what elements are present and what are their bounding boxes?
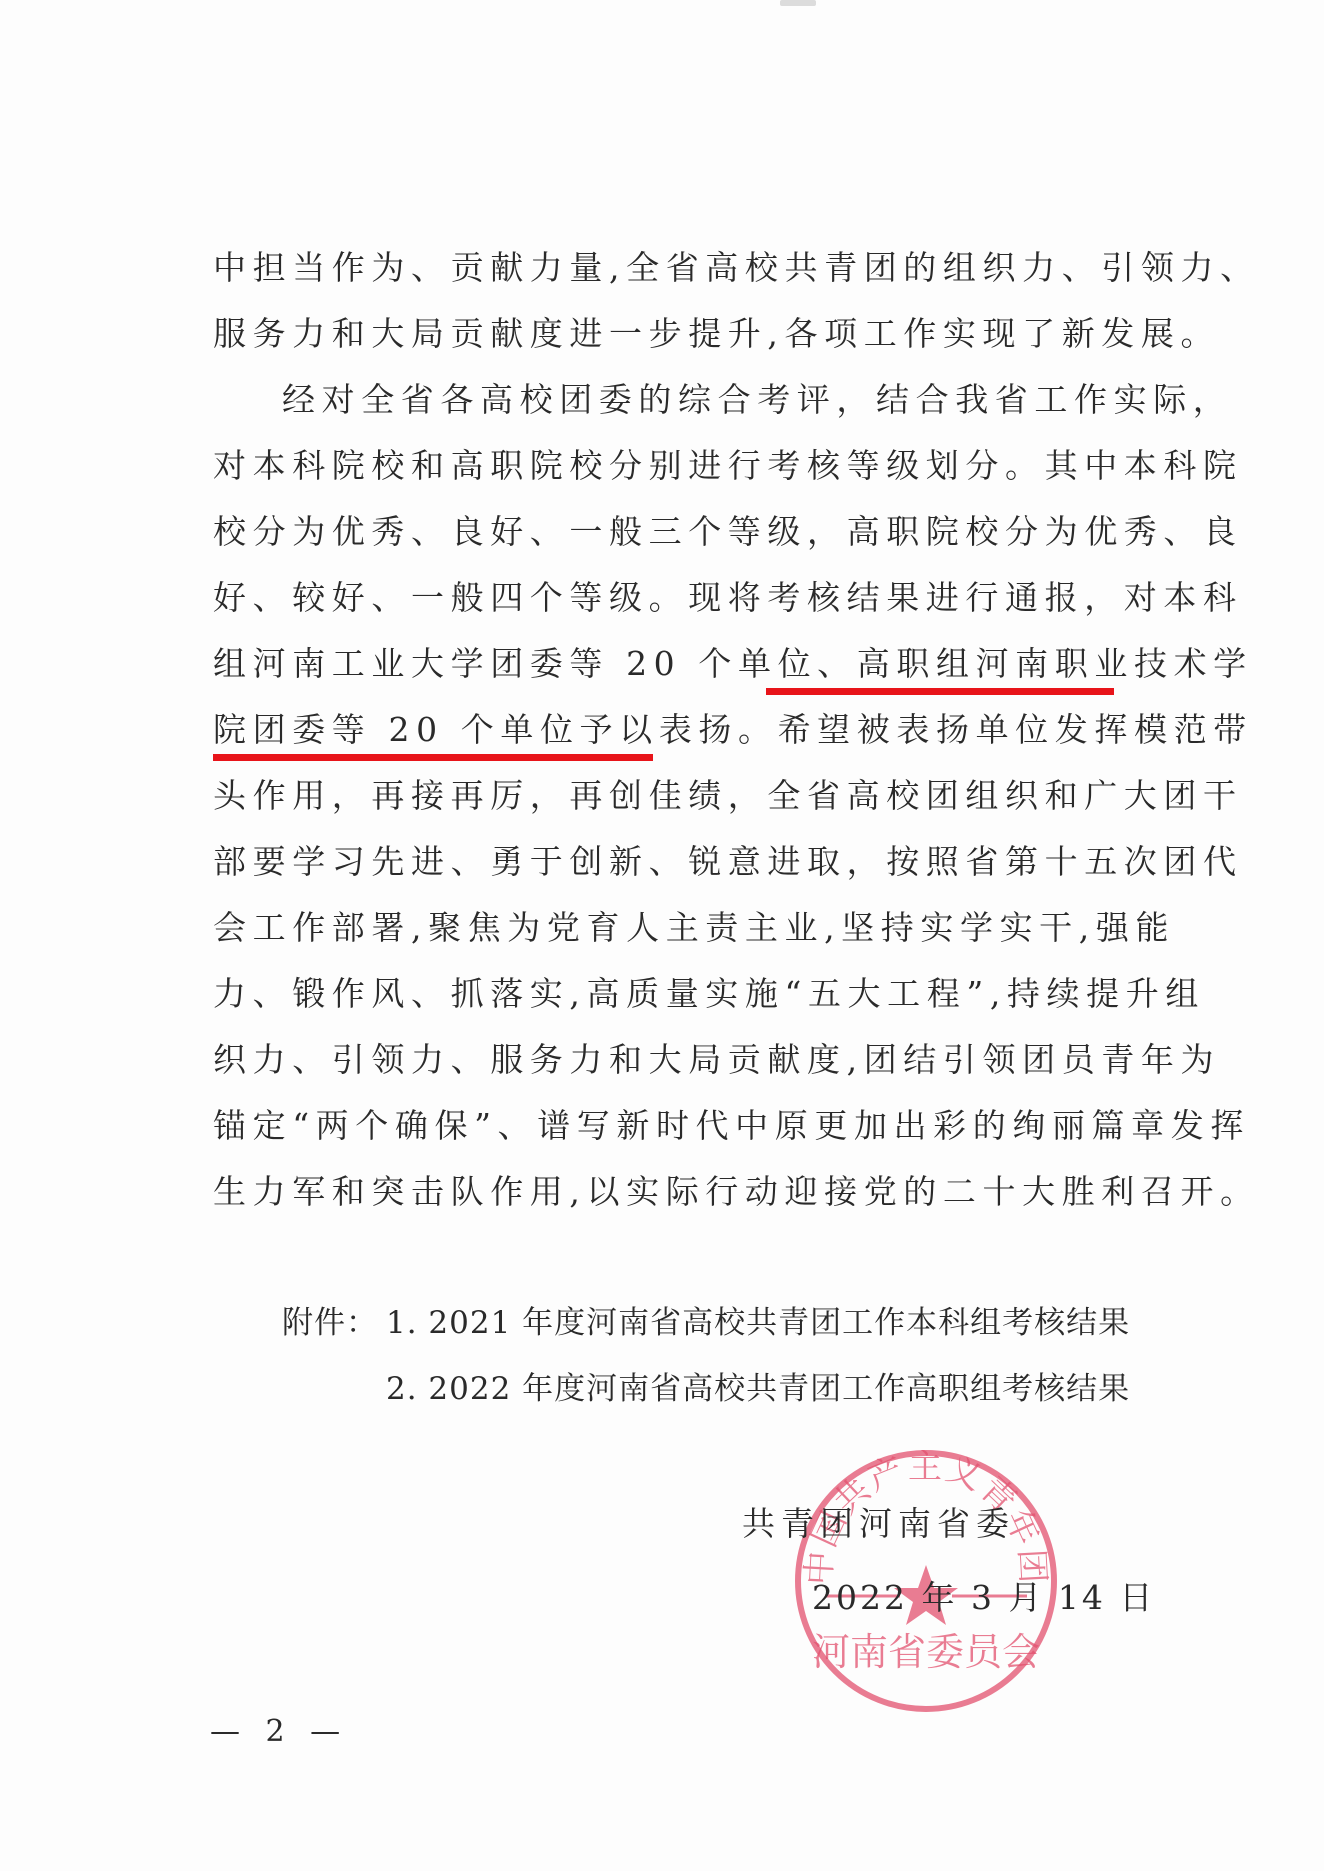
body-line: 部要学习先进、勇于创新、锐意进取，按照省第十五次团代: [213, 837, 1113, 887]
body-line: 中担当作为、贡献力量,全省高校共青团的组织力、引领力、: [213, 243, 1113, 293]
body-line: 服务力和大局贡献度进一步提升,各项工作实现了新发展。: [213, 309, 1113, 359]
attachment-item: 1. 2021 年度河南省高校共青团工作本科组考核结果: [386, 1300, 1130, 1346]
red-underline: [766, 688, 1114, 695]
body-line: 力、锻作风、抓落实,高质量实施“五大工程”,持续提升组: [213, 969, 1113, 1019]
body-line: 织力、引领力、服务力和大局贡献度,团结引领团员青年为: [213, 1035, 1113, 1085]
body-line: 经对全省各高校团委的综合考评，结合我省工作实际，: [282, 375, 1182, 425]
highlighted-text: 高职组河南职业技术学: [857, 644, 1253, 683]
body-line: 会工作部署,聚焦为党育人主责主业,坚持实学实干,强能: [213, 903, 1113, 953]
body-line: 好、较好、一般四个等级。现将考核结果进行通报，对本科: [213, 573, 1113, 623]
scan-artifact: [780, 0, 816, 6]
seal-bottom-text: 河南省委员会: [812, 1630, 1040, 1674]
body-line: 院团委等 20 个单位予以表扬。希望被表扬单位发挥模范带: [213, 705, 1113, 755]
page-number: — 2 —: [210, 1712, 348, 1752]
body-line: 对本科院校和高职院校分别进行考核等级划分。其中本科院: [213, 441, 1113, 491]
body-line: 头作用，再接再厉，再创佳绩，全省高校团组织和广大团干: [213, 771, 1113, 821]
body-text: 。希望被表扬单位发挥模范带: [738, 710, 1253, 749]
body-line: 组河南工业大学团委等 20 个单位、高职组河南职业技术学: [213, 639, 1113, 689]
body-line: 生力军和突击队作用,以实际行动迎接党的二十大胜利召开。: [213, 1167, 1113, 1217]
red-underline: [213, 754, 653, 761]
signing-organization: 共青团河南省委: [742, 1500, 1015, 1548]
attachments-label: 附件：: [282, 1300, 378, 1346]
body-line: 锚定“两个确保”、谱写新时代中原更加出彩的绚丽篇章发挥: [213, 1101, 1113, 1151]
body-text: 组河南工业大学团委等 20 个单位、: [213, 644, 857, 683]
signing-date: 2022 年 3 月 14 日: [812, 1574, 1155, 1622]
document-page: 中担当作为、贡献力量,全省高校共青团的组织力、引领力、 服务力和大局贡献度进一步…: [0, 0, 1324, 1871]
attachment-item: 2. 2022 年度河南省高校共青团工作高职组考核结果: [386, 1366, 1130, 1412]
body-line: 校分为优秀、良好、一般三个等级，高职院校分为优秀、良: [213, 507, 1113, 557]
highlighted-text: 院团委等 20 个单位予以表扬: [213, 710, 738, 749]
